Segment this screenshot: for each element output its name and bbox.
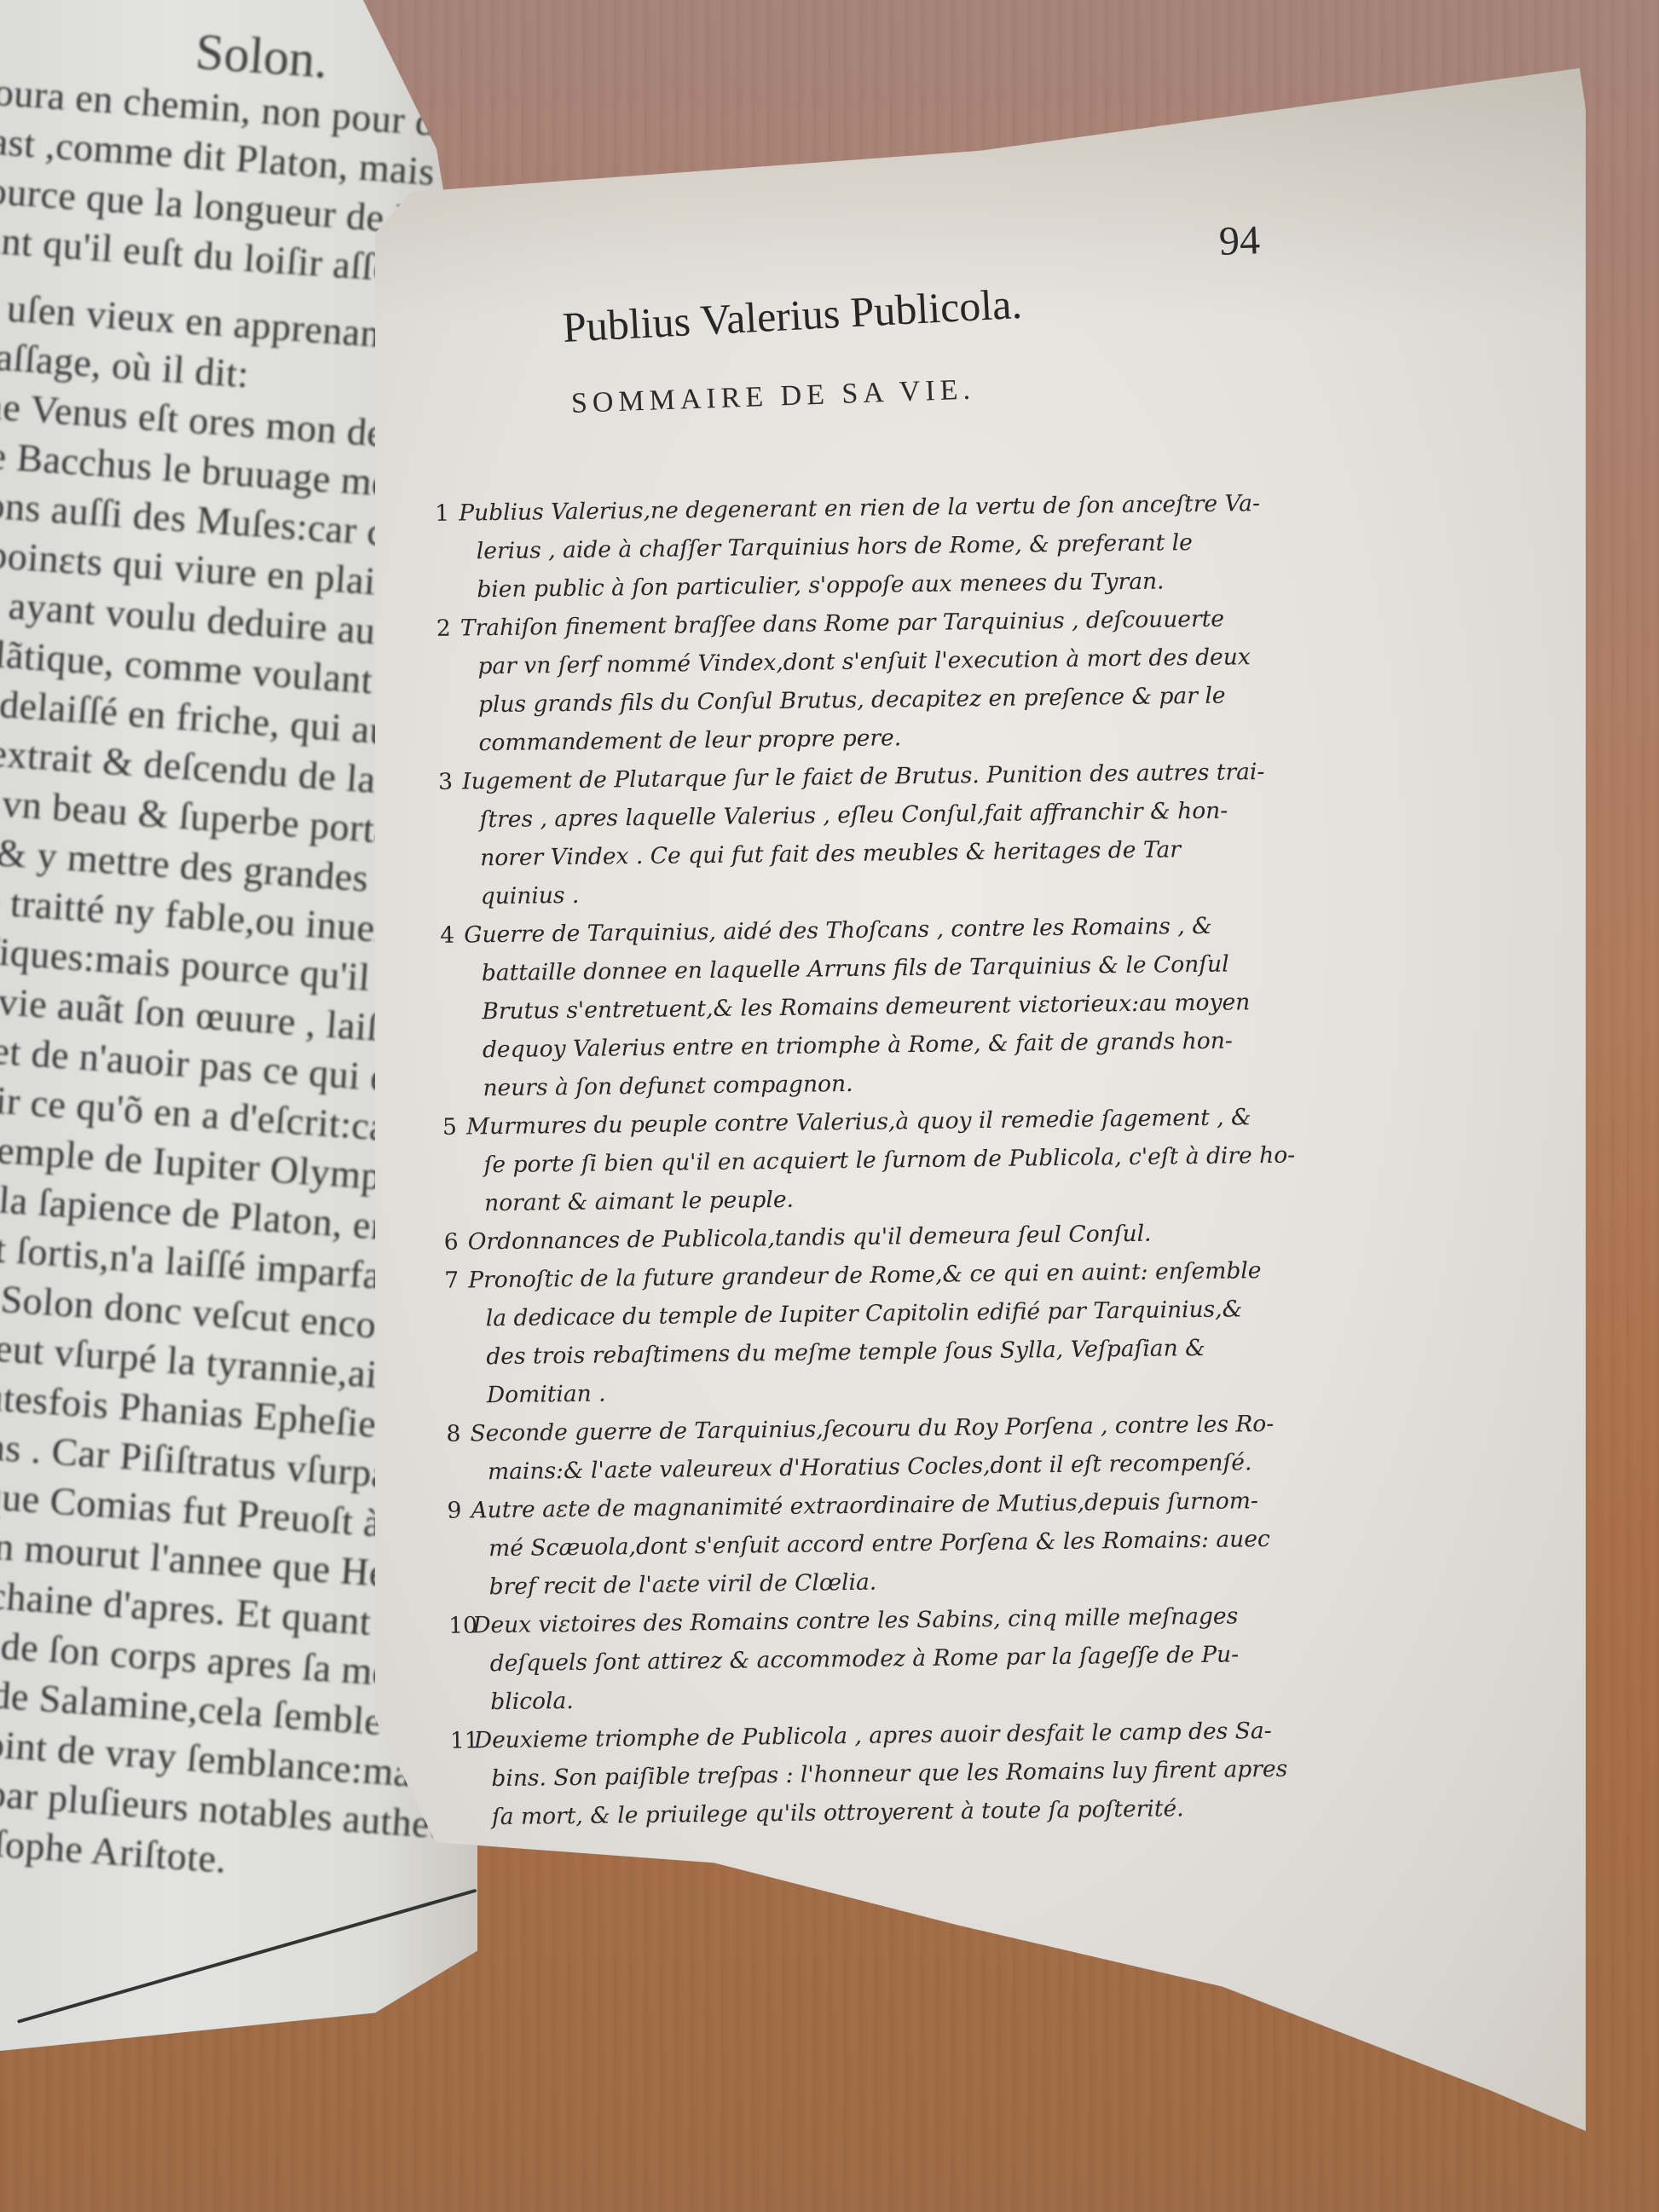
summary-item-text: Seconde guerre de Tarquinius,ſecouru du … (470, 1411, 1274, 1447)
summary-item-number: 2 (436, 609, 456, 648)
summary-item-number: 11 (450, 1722, 470, 1760)
summary-item: 11Deuxieme triomphe de Publicola , apres… (442, 1712, 1304, 1837)
summary-item-number: 6 (443, 1223, 463, 1262)
summary-item-text: Pronoſtic de la future grandeur de Rome,… (468, 1257, 1262, 1293)
summary-item-text: Iugement de Plutarque ſur le faiɛt de Br… (462, 759, 1265, 794)
summary-item-text: Deuxieme triomphe de Publicola , apres a… (474, 1718, 1272, 1753)
summary-item-number: 10 (448, 1607, 468, 1645)
summary-item: 7Pronoſtic de la future grandeur de Rome… (436, 1251, 1298, 1415)
summary-item-text: Deux viɛtoires des Romains contre les Sa… (472, 1603, 1238, 1638)
page-number: 94 (1218, 217, 1261, 265)
summary-item: 8Seconde guerre de Tarquinius,ſecouru du… (437, 1405, 1299, 1492)
summary-list: 1Publius Valerius,ne degenerant en rien … (426, 484, 1303, 1837)
summary-item-text: Trahiſon finement braſſee dans Rome par … (460, 606, 1224, 642)
summary-item: 9Autre aɛte de magnanimité extraordinair… (438, 1481, 1301, 1607)
summary-item-number: 3 (438, 763, 458, 801)
summary-item-text: Murmures du peuple contre Valerius,à quo… (466, 1104, 1251, 1140)
summary-item-text: Guerre de Tarquinius, aidé des Thoſcans … (464, 913, 1212, 949)
summary-item-number: 4 (440, 916, 460, 955)
summary-item-number: 7 (444, 1262, 464, 1300)
summary-item: 4Guerre de Tarquinius, aidé des Thoſcans… (431, 906, 1295, 1108)
summary-item: 2Trahiſon finement braſſee dans Rome par… (428, 599, 1291, 763)
summary-item: 10Deux viɛtoires des Romains contre les … (440, 1597, 1303, 1722)
summary-item-number: 9 (447, 1492, 466, 1530)
summary-item-text: Ordonnances de Publicola,tandis qu'il de… (468, 1221, 1152, 1256)
summary-item: 1Publius Valerius,ne degenerant en rien … (426, 484, 1289, 609)
summary-item-text: Publius Valerius,ne degenerant en rien d… (459, 490, 1260, 526)
summary-item: 5Murmures du peuple contre Valerius,à qu… (434, 1098, 1297, 1223)
summary-item-number: 5 (442, 1108, 462, 1146)
summary-item-text: Autre aɛte de magnanimité extraordinaire… (471, 1487, 1258, 1523)
summary-item: 3Iugement de Plutarque ſur le faiɛt de B… (430, 753, 1292, 916)
summary-item-number: 8 (446, 1415, 465, 1453)
summary-item-number: 1 (435, 494, 454, 533)
